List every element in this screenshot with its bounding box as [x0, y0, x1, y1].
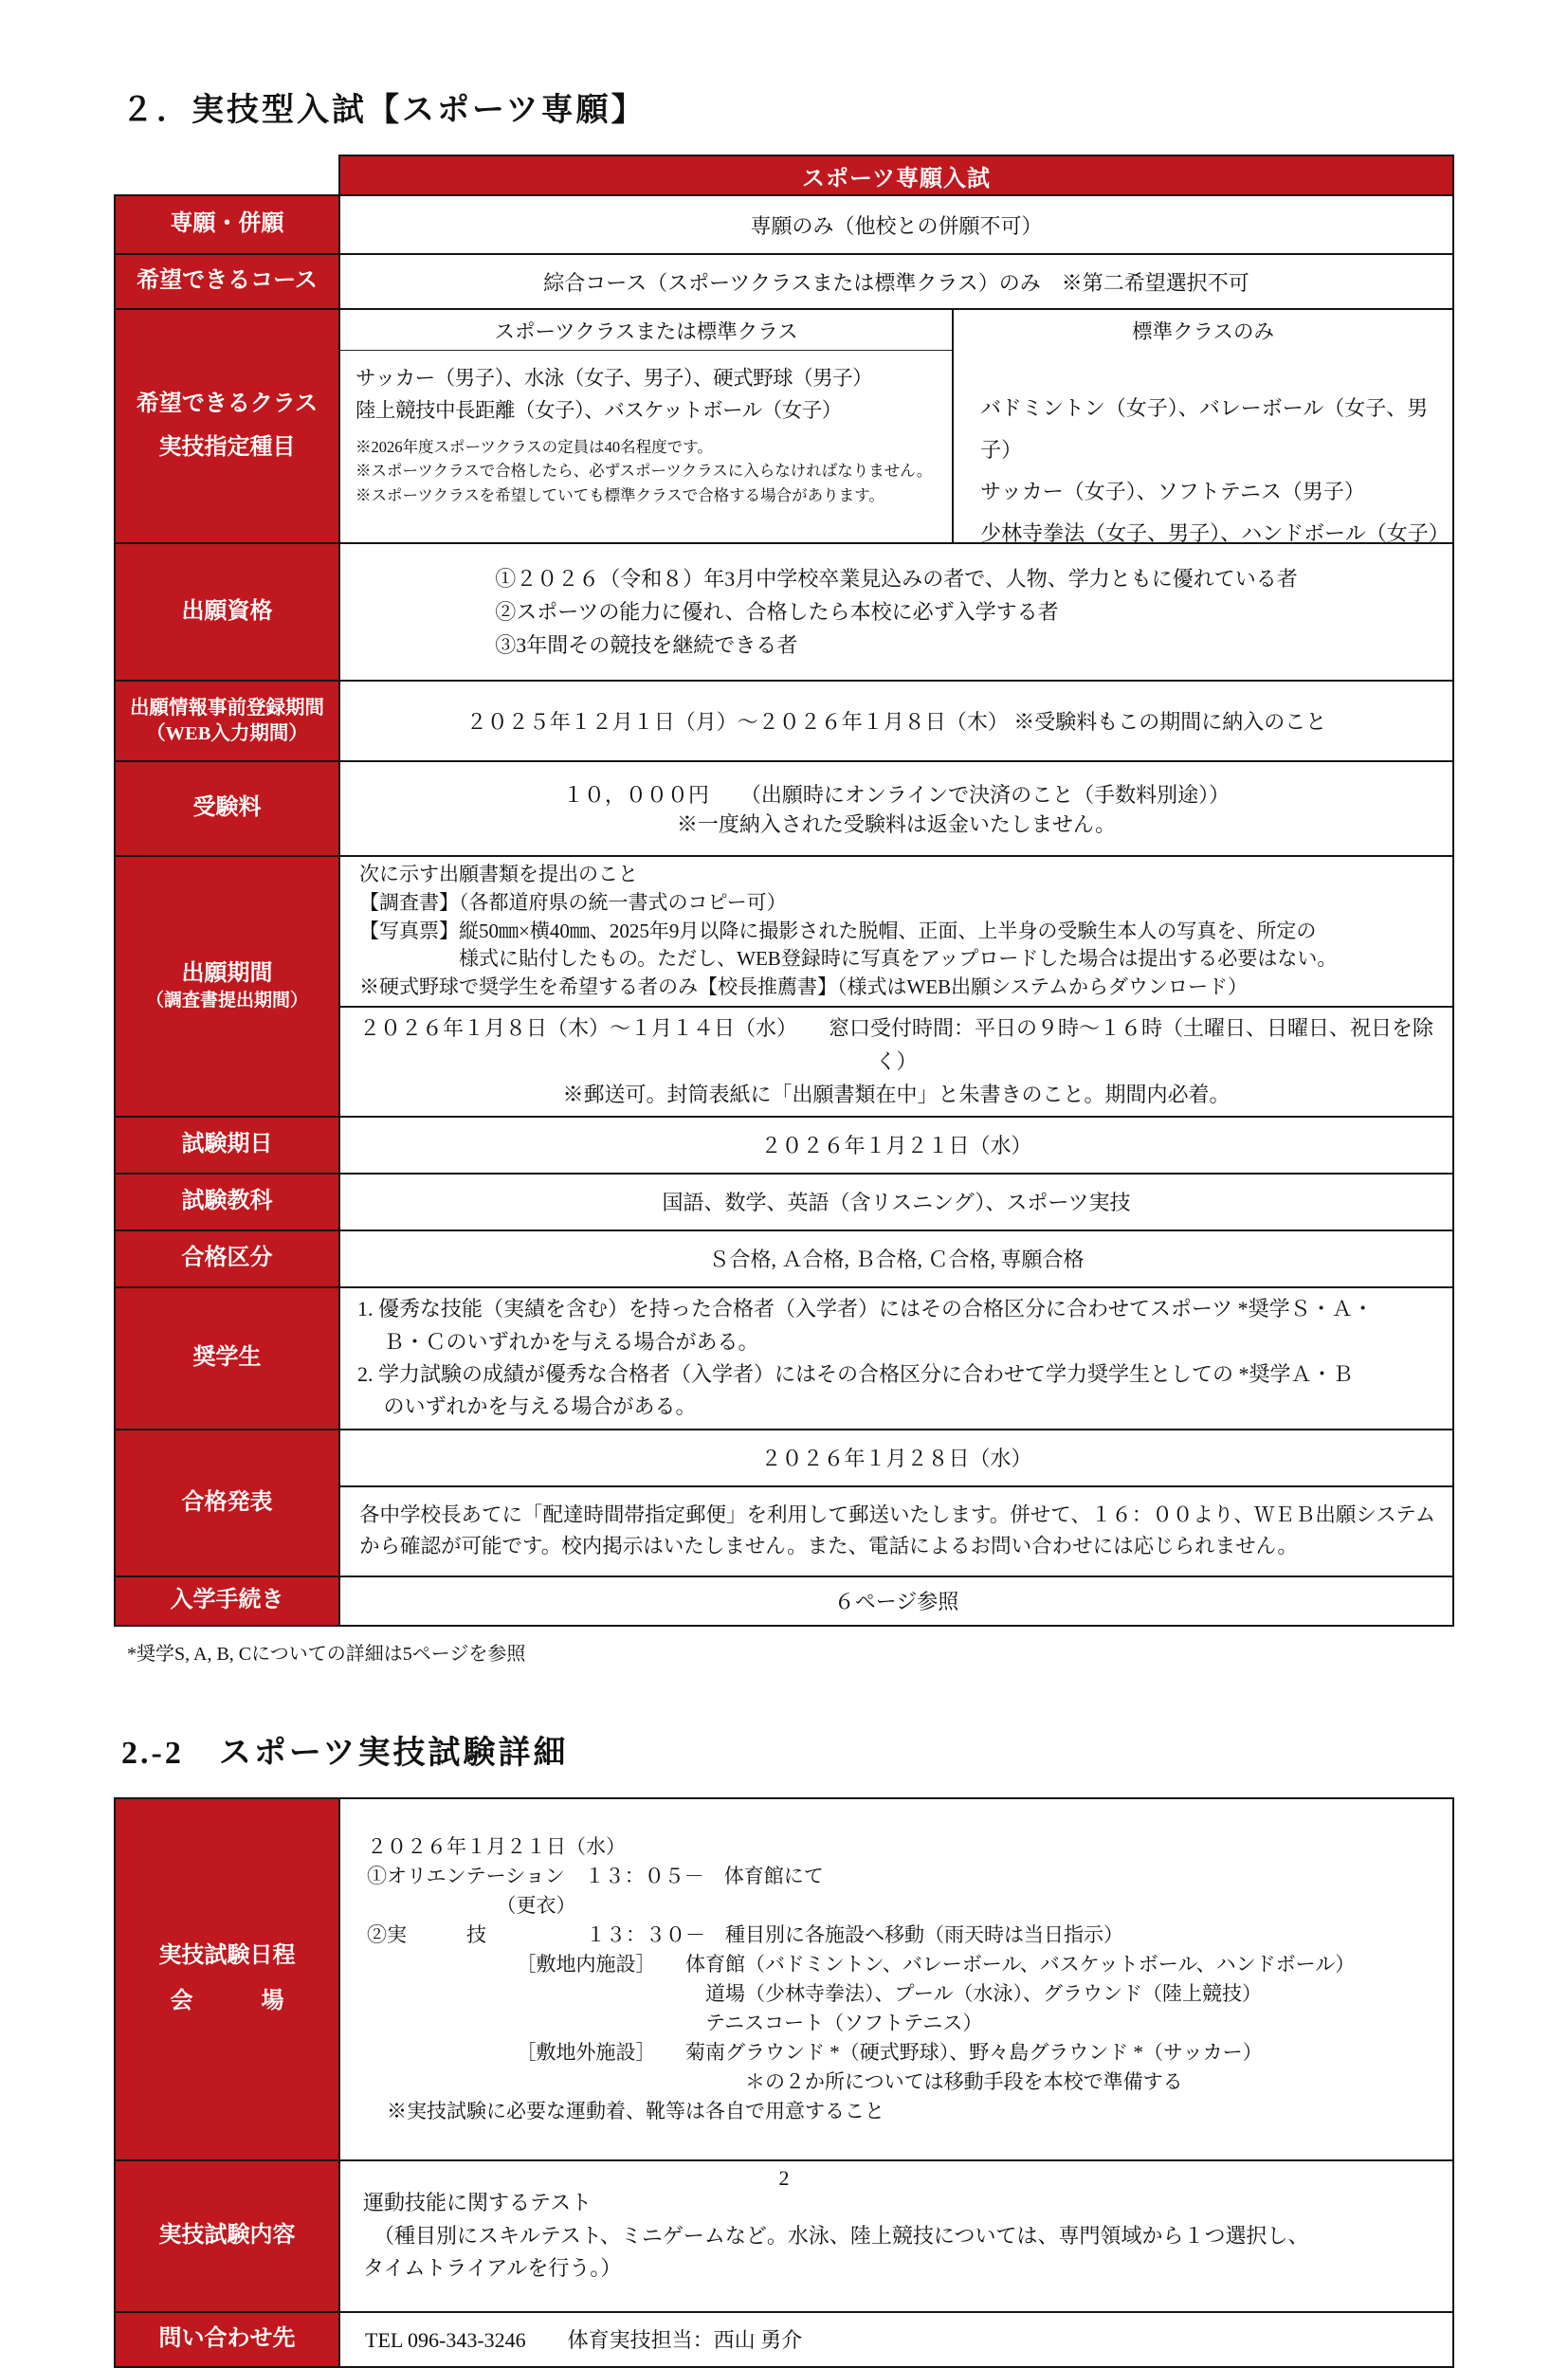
class-column-sports: スポーツクラスまたは標準クラス サッカー（男子）、水泳（女子、男子）、硬式野球（…	[340, 310, 952, 542]
row-value-procedure: ６ページ参照	[339, 1576, 1453, 1626]
row-class: 希望できるクラス実技指定種目 スポーツクラスまたは標準クラス サッカー（男子）、…	[115, 309, 1453, 543]
class-column-sports-header: スポーツクラスまたは標準クラス	[340, 310, 952, 351]
row-label-procedure: 入学手続き	[115, 1576, 339, 1626]
row-procedure: 入学手続き ６ページ参照	[115, 1576, 1453, 1626]
eligibility-list: ①２０２６（令和８）年3月中学校卒業見込みの者で、人物、学力ともに優れている者②…	[495, 562, 1298, 663]
row-web-period: 出願情報事前登録期間（WEB入力期間） ２０２５年１２月１日（月）～２０２６年１…	[115, 681, 1453, 761]
row-value-exam-date: ２０２６年１月２１日（水）	[339, 1117, 1453, 1174]
row-label-subjects: 試験教科	[115, 1174, 339, 1230]
row-value-pass-categories: Ｓ合格, Ａ合格, Ｂ合格, Ｃ合格, 専願合格	[339, 1230, 1453, 1287]
row-label-application-period: 出願期間（調査書提出期間）	[115, 856, 339, 1117]
row-exam-date: 試験期日 ２０２６年１月２１日（水）	[115, 1117, 1453, 1174]
row-scholarship: 奨学生 1. 優秀な技能（実績を含む）を持った合格者（入学者）にはその合格区分に…	[115, 1287, 1453, 1430]
table-header-row: スポーツ専願入試	[115, 155, 1453, 195]
row-label-scholarship: 奨学生	[115, 1287, 339, 1430]
row-value-class: スポーツクラスまたは標準クラス サッカー（男子）、水泳（女子、男子）、硬式野球（…	[339, 309, 1453, 543]
document-page: ２．実技型入試【スポーツ専願】 スポーツ専願入試 専願・併願 専願のみ（他校との…	[0, 0, 1568, 2217]
row-subjects: 試験教科 国語、数学、英語（含リスニング）、スポーツ実技	[115, 1174, 1453, 1230]
row-value-web-period: ２０２５年１２月１日（月）～２０２６年１月８日（木） ※受験料もこの期間に納入の…	[339, 681, 1453, 761]
schedule-lines: ２０２６年１月２１日（水）①オリエンテーション １３：０５－ 体育館にて （更衣…	[367, 1832, 1452, 2126]
row-eligibility: 出願資格 ①２０２６（令和８）年3月中学校卒業見込みの者で、人物、学力ともに優れ…	[115, 543, 1453, 681]
row-label-contact: 問い合わせ先	[115, 2312, 339, 2367]
sports-exam-table: スポーツ専願入試 専願・併願 専願のみ（他校との併願不可） 希望できるコース 綜…	[114, 155, 1454, 1627]
row-value-senkan: 専願のみ（他校との併願不可）	[339, 195, 1453, 254]
empty-corner-cell	[115, 155, 339, 195]
row-label-announcement: 合格発表	[115, 1430, 339, 1576]
class-column-standard-list: バドミントン（女子）、バレーボール（女子、男子）サッカー（女子）、ソフトテニス（…	[954, 376, 1452, 558]
row-label-course: 希望できるコース	[115, 254, 339, 309]
row-value-eligibility: ①２０２６（令和８）年3月中学校卒業見込みの者で、人物、学力ともに優れている者②…	[339, 543, 1453, 681]
row-label-schedule: 実技試験日程会 場	[115, 1798, 339, 2160]
class-column-sports-list: サッカー（男子）、水泳（女子、男子）、硬式野球（男子）陸上競技中長距離（女子）、…	[340, 351, 952, 431]
row-value-announcement-text: 各中学校長あてに「配達時間帯指定郵便」を利用して郵送いたします。併せて、１６：０…	[339, 1486, 1453, 1576]
row-value-schedule: ２０２６年１月２１日（水）①オリエンテーション １３：０５－ 体育館にて （更衣…	[339, 1798, 1453, 2160]
section1-title: ２．実技型入試【スポーツ専願】	[121, 83, 1454, 130]
class-column-standard: 標準クラスのみ バドミントン（女子）、バレーボール（女子、男子）サッカー（女子）…	[952, 310, 1452, 542]
row-value-application-docs: 次に示す出願書類を提出のこと【調査書】（各都道府県の統一書式のコピー可）【写真票…	[339, 856, 1453, 1007]
practical-exam-detail-table: 実技試験日程会 場 ２０２６年１月２１日（水）①オリエンテーション １３：０５－…	[114, 1797, 1454, 2368]
row-label-exam-date: 試験期日	[115, 1117, 339, 1174]
row-label-senkan: 専願・併願	[115, 195, 339, 254]
row-course: 希望できるコース 綜合コース（スポーツクラスまたは標準クラス）のみ ※第二希望選…	[115, 254, 1453, 309]
row-value-announcement-date: ２０２６年１月２８日（水）	[339, 1430, 1453, 1486]
scholarship-footnote: *奨学S, A, B, Cについての詳細は5ページを参照	[127, 1638, 1454, 1666]
row-value-fee: １０，０００円 （出願時にオンラインで決済のこと（手数料別途））※一度納入された…	[339, 761, 1453, 856]
row-value-application-window: ２０２６年１月８日（木）～１月１４日（水） 窓口受付時間：平日の９時～１６時（土…	[339, 1007, 1453, 1117]
row-announcement-date: 合格発表 ２０２６年１月２８日（水）	[115, 1430, 1453, 1486]
row-label-class: 希望できるクラス実技指定種目	[115, 309, 339, 543]
class-column-sports-notes: ※2026年度スポーツクラスの定員は40名程度です。※スポーツクラスで合格したら…	[340, 431, 952, 516]
row-schedule: 実技試験日程会 場 ２０２６年１月２１日（水）①オリエンテーション １３：０５－…	[115, 1798, 1453, 2160]
row-value-course: 綜合コース（スポーツクラスまたは標準クラス）のみ ※第二希望選択不可	[339, 254, 1453, 309]
row-value-subjects: 国語、数学、英語（含リスニング）、スポーツ実技	[339, 1174, 1453, 1230]
row-pass-categories: 合格区分 Ｓ合格, Ａ合格, Ｂ合格, Ｃ合格, 専願合格	[115, 1230, 1453, 1287]
row-label-eligibility: 出願資格	[115, 543, 339, 681]
row-label-web-period: 出願情報事前登録期間（WEB入力期間）	[115, 681, 339, 761]
row-fee: 受験料 １０，０００円 （出願時にオンラインで決済のこと（手数料別途））※一度納…	[115, 761, 1453, 856]
row-label-pass-categories: 合格区分	[115, 1230, 339, 1287]
class-columns: スポーツクラスまたは標準クラス サッカー（男子）、水泳（女子、男子）、硬式野球（…	[340, 310, 1452, 542]
row-value-scholarship: 1. 優秀な技能（実績を含む）を持った合格者（入学者）にはその合格区分に合わせて…	[339, 1287, 1453, 1430]
schedule-label-lines: 実技試験日程会 場	[119, 1941, 335, 2015]
row-label-fee: 受験料	[115, 761, 339, 856]
row-contact: 問い合わせ先 TEL 096-343-3246 体育実技担当：西山 勇介	[115, 2312, 1453, 2367]
row-application-docs: 出願期間（調査書提出期間） 次に示す出願書類を提出のこと【調査書】（各都道府県の…	[115, 856, 1453, 1007]
row-senkan: 専願・併願 専願のみ（他校との併願不可）	[115, 195, 1453, 254]
row-value-contact: TEL 096-343-3246 体育実技担当：西山 勇介	[339, 2312, 1453, 2367]
page-number: 2	[0, 2166, 1568, 2191]
table-header: スポーツ専願入試	[339, 155, 1453, 195]
class-column-standard-header: 標準クラスのみ	[954, 310, 1452, 350]
section2-title: 2.-2 スポーツ実技試験詳細	[121, 1726, 1454, 1773]
